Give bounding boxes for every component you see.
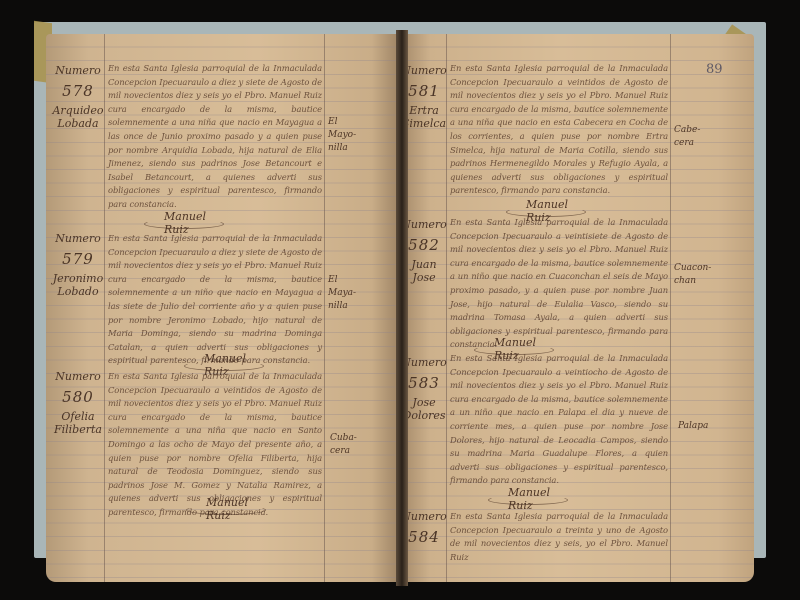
entry-label: Numero 581 Ertra Simelca — [402, 64, 448, 130]
entry-label: Numero 582 Juan Jose — [402, 218, 448, 284]
entry-body: En esta Santa Iglesia parroquial de la I… — [450, 352, 668, 488]
entry-body: En esta Santa Iglesia parroquial de la I… — [450, 510, 668, 564]
entry-number: 584 — [402, 531, 448, 544]
book-spine-gutter — [396, 30, 408, 586]
entry-signature: Manuel Ruiz — [508, 486, 550, 512]
entry-name: Jose Dolores — [403, 396, 446, 422]
entry-body: En esta Santa Iglesia parroquial de la I… — [450, 216, 668, 352]
entry-name: Juan Jose — [411, 258, 436, 284]
entry-label-text: Numero — [55, 232, 101, 245]
margin-rule-right — [670, 34, 671, 582]
entry-side-note: Cabe-cera — [674, 124, 706, 150]
entry-side-note: Cuba-cera — [330, 432, 364, 458]
entry-label-text: Numero — [402, 510, 447, 523]
entry-side-note: Palapa — [678, 420, 712, 433]
entry-label: Numero 583 Jose Dolores — [402, 356, 448, 422]
entry-label: Numero 584 — [402, 510, 448, 550]
entry-number: 582 — [402, 239, 448, 252]
entry-label-text: Numero — [402, 218, 447, 231]
entry-name: Ertra Simelca — [402, 104, 446, 130]
entry-name: Jeronimo Lobado — [53, 272, 103, 298]
entry-label-text: Numero — [402, 356, 447, 369]
entry-label: Numero 580 Ofelia Filiberta — [52, 370, 104, 436]
entry-number: 579 — [52, 253, 104, 266]
entry-name: Ofelia Filiberta — [54, 410, 102, 436]
entry-side-note: El Mayo-nilla — [328, 116, 364, 155]
entry-number: 580 — [52, 391, 104, 404]
entry-label: Numero 578 Arquideo Lobada — [52, 64, 104, 130]
entry-number: 581 — [402, 85, 448, 98]
entry-label-text: Numero — [55, 370, 101, 383]
page-number: 89 — [706, 62, 723, 77]
margin-rule-left — [104, 34, 105, 582]
entry-number: 583 — [402, 377, 448, 390]
entry-number: 578 — [52, 85, 104, 98]
left-page: Numero 578 Arquideo Lobada En esta Santa… — [46, 34, 400, 582]
entry-name: Arquideo Lobada — [52, 104, 103, 130]
right-page: 89 Numero 581 Ertra Simelca En esta Sant… — [402, 34, 754, 582]
margin-rule-right — [324, 34, 325, 582]
entry-side-note: Cuacon-chan — [674, 262, 708, 288]
entry-side-note: El Maya-nilla — [328, 274, 364, 313]
entry-body: En esta Santa Iglesia parroquial de la I… — [108, 62, 322, 212]
entry-signature: Manuel Ruiz — [206, 496, 248, 522]
entry-label-text: Numero — [402, 64, 447, 77]
entry-body: En esta Santa Iglesia parroquial de la I… — [450, 62, 668, 198]
entry-label: Numero 579 Jeronimo Lobado — [52, 232, 104, 298]
entry-label-text: Numero — [55, 64, 101, 77]
entry-body: En esta Santa Iglesia parroquial de la I… — [108, 232, 322, 368]
